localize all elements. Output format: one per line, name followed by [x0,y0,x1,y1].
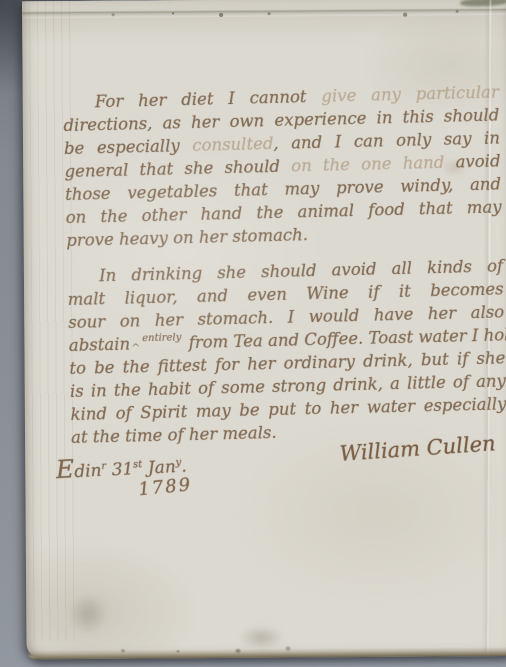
text-segment: prove heavy on her stomach. [66,225,308,250]
top-edge-specks [172,12,174,14]
manuscript-page: For her diet I cannot give any particula… [22,0,506,659]
text-segment: abstain [69,335,131,355]
bottom-edge-specks [177,650,180,652]
dateline-year: 1789 [137,474,193,500]
text-segment: avoid [455,151,500,171]
text-segment: consulted [192,134,274,155]
letter-text: For her diet I cannot give any particula… [63,80,506,462]
stain-bottom-center [238,626,284,650]
page-top-shading [22,15,506,46]
inserted-word: entirely [142,332,181,344]
dateline-text: 31 [106,459,134,480]
text-segment: on the one hand [291,153,456,176]
text-segment: at the time of her meals. [71,423,277,447]
photo-stage: For her diet I cannot give any particula… [0,0,506,667]
stain-left-margin [68,593,108,635]
letter-paragraph: In drinking she should avoid all kinds o… [67,254,506,449]
caret-mark: ^ [131,341,141,354]
text-segment: be especially [64,136,193,158]
dateline-text: Edin [56,461,102,483]
text-segment: give any particular [321,82,499,105]
page-bottom-edge [27,647,506,659]
letter-paragraph: For her diet I cannot give any particula… [63,80,503,252]
